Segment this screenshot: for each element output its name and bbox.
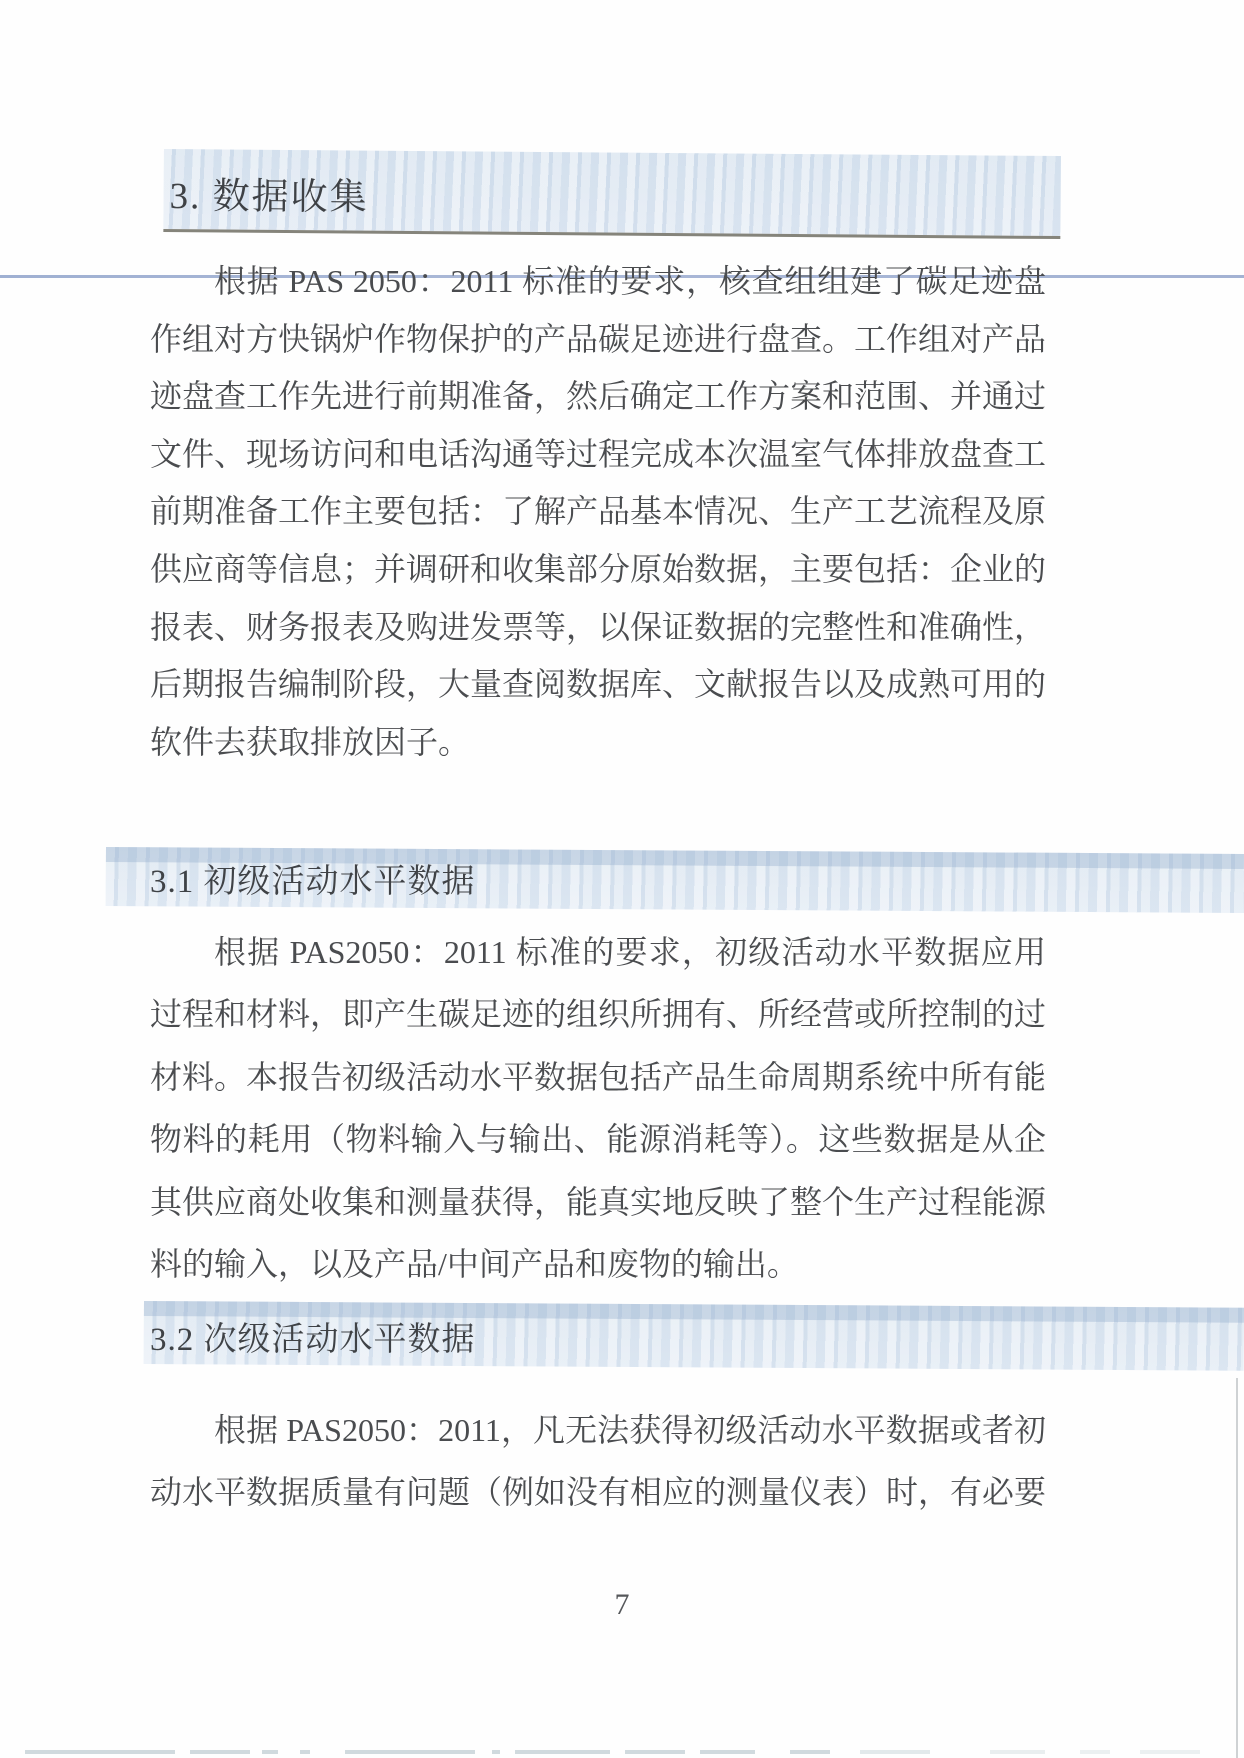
text-line: 根据 PAS2050：2011 标准的要求，初级活动水平数据应用于所有 [150,921,1046,983]
paragraph-data-collection: 根据 PAS 2050：2011 标准的要求，核查组组建了碳足迹盘查工作组对方快… [150,253,1046,771]
text-line: 根据 PAS 2050：2011 标准的要求，核查组组建了碳足迹盘查工 [150,253,1046,311]
chapter-heading-highlight: 3. 数据收集 [163,149,1061,239]
text-line: 软件去获取排放因子。 [150,714,1046,772]
text-line: 料的输入，以及产品/中间产品和废物的输出。 [150,1233,1046,1295]
scan-dash [790,1750,830,1754]
text-line: 文件、现场访问和电话沟通等过程完成本次温室气体排放盘查工作。 [150,426,1046,484]
paragraph-secondary-activity-data: 根据 PAS2050：2011，凡无法获得初级活动水平数据或者初级活动水平数据质… [150,1399,1046,1523]
scan-dash [25,1750,175,1754]
text-line: 迹盘查工作先进行前期准备，然后确定工作方案和范围、并通过查阅 [150,368,1046,426]
chapter-heading: 3. 数据收集 [169,165,368,221]
text-line: 其供应商处收集和测量获得，能真实地反映了整个生产过程能源和物 [150,1171,1046,1233]
scan-dash [190,1750,250,1754]
scan-dash [990,1750,1045,1754]
scan-dash [262,1750,278,1754]
scan-dash [1140,1750,1200,1754]
document-page: 3. 数据收集 根据 PAS 2050：2011 标准的要求，核查组组建了碳足迹… [0,0,1244,1758]
text-line: 后期报告编制阶段，大量查阅数据库、文献报告以及成熟可用的 LCA [150,656,1046,714]
scan-edge-line [1236,1378,1238,1758]
text-line: 供应商等信息；并调研和收集部分原始数据，主要包括：企业的生产 [150,541,1046,599]
scan-dash [625,1750,685,1754]
scan-dash [700,1750,755,1754]
scan-dash [492,1750,500,1754]
paragraph-primary-activity-data: 根据 PAS2050：2011 标准的要求，初级活动水平数据应用于所有过程和材料… [150,921,1046,1295]
page-number: 7 [0,1588,1244,1622]
scan-dash [860,1750,930,1754]
section-3-2-heading: 3.2 次级活动水平数据 [150,1313,476,1360]
text-line: 过程和材料，即产生碳足迹的组织所拥有、所经营或所控制的过程和 [150,983,1046,1045]
text-line: 报表、财务报表及购进发票等，以保证数据的完整性和准确性，并在 [150,599,1046,657]
text-line: 物料的耗用（物料输入与输出、能源消耗等）。这些数据是从企业或 [150,1108,1046,1170]
text-line: 前期准备工作主要包括：了解产品基本情况、生产工艺流程及原材料 [150,483,1046,541]
section-3-1-heading: 3.1 初级活动水平数据 [150,855,476,902]
scan-dash [300,1750,310,1754]
text-line: 动水平数据质量有问题（例如没有相应的测量仪表）时，有必要使用 [150,1461,1046,1523]
scan-bottom-artifacts [0,1748,1244,1756]
text-line: 根据 PAS2050：2011，凡无法获得初级活动水平数据或者初级活 [150,1399,1046,1461]
scan-dash [1080,1750,1110,1754]
scan-dash [345,1750,475,1754]
scan-dash [515,1750,610,1754]
text-line: 作组对方快锅炉作物保护的产品碳足迹进行盘查。工作组对产品碳足 [150,311,1046,369]
text-line: 材料。本报告初级活动水平数据包括产品生命周期系统中所有能源与 [150,1046,1046,1108]
